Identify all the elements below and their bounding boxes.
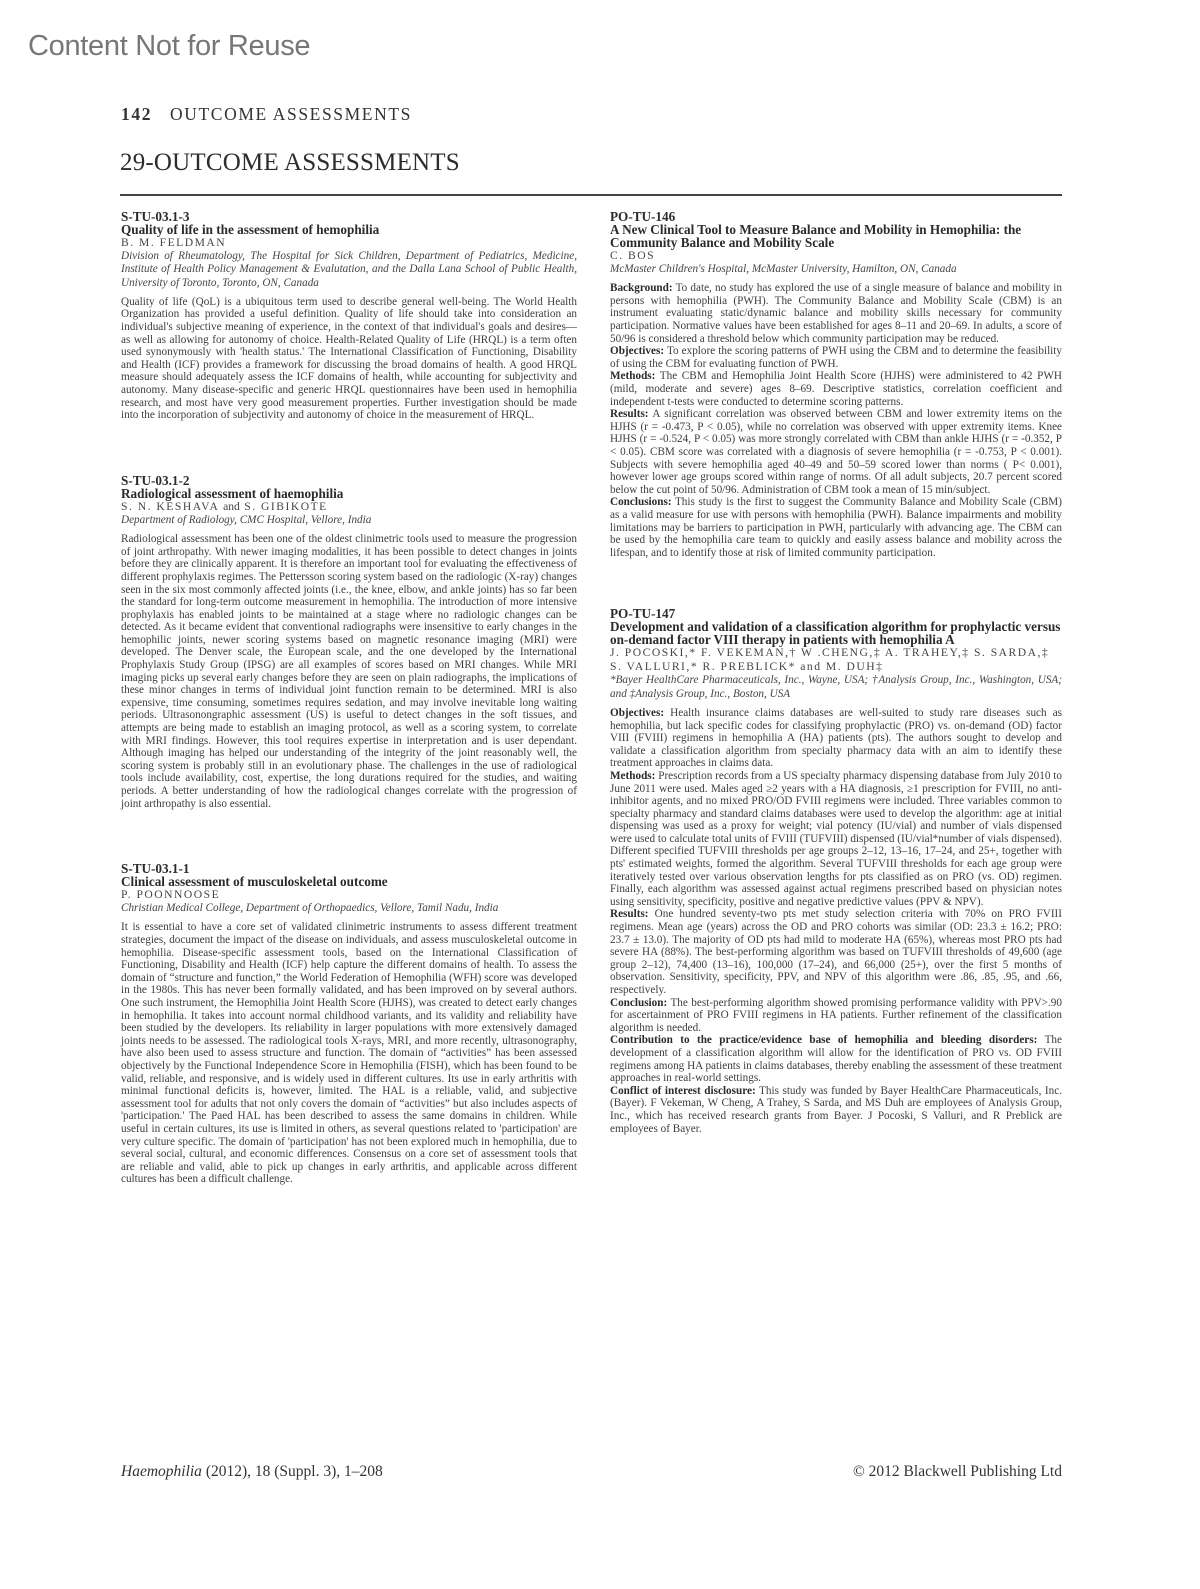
- abstract-authors: P. POONNOOSE: [121, 888, 577, 902]
- section-label: Background:: [610, 282, 673, 294]
- abstract-section-conclusion: Conclusion: The best-performing algorith…: [610, 997, 1062, 1035]
- section-text: One hundred seventy-two pts met study se…: [610, 908, 1062, 996]
- section-title: 29-OUTCOME ASSESSMENTS: [120, 149, 460, 177]
- section-text: The CBM and Hemophilia Joint Health Scor…: [610, 370, 1062, 407]
- section-text: Health insurance claims databases are we…: [610, 707, 1062, 769]
- author-conjunction: and: [223, 500, 240, 513]
- section-text: A significant correlation was observed b…: [610, 408, 1062, 496]
- running-head: 142 OUTCOME ASSESSMENTS: [121, 104, 412, 125]
- abstract-body: Radiological assessment has been one of …: [121, 533, 577, 810]
- abstract-body: It is essential to have a core set of va…: [121, 921, 577, 1185]
- author-name: S. N. KESHAVA: [121, 500, 219, 513]
- author-line: J. POCOSKI,* F. VEKEMAN,† W .CHENG,‡ A. …: [610, 646, 1062, 660]
- abstract-authors: C. BOS: [610, 249, 1062, 263]
- abstract-po-tu-147: PO-TU-147 Development and validation of …: [610, 607, 1062, 1135]
- section-label: Conflict of interest disclosure:: [610, 1085, 756, 1097]
- abstract-s-tu-03-1-1: S-TU-03.1-1 Clinical assessment of muscu…: [121, 862, 577, 1186]
- abstract-authors: B. M. FELDMAN: [121, 236, 577, 250]
- abstract-section-conflict-of-interest: Conflict of interest disclosure: This st…: [610, 1085, 1062, 1135]
- section-text: This study is the first to suggest the C…: [610, 496, 1062, 558]
- abstract-s-tu-03-1-3: S-TU-03.1-3 Quality of life in the asses…: [121, 210, 577, 422]
- abstract-section-objectives: Objectives: Health insurance claims data…: [610, 707, 1062, 770]
- abstract-authors: S. N. KESHAVA and S. GIBIKOTE: [121, 500, 577, 514]
- running-title: OUTCOME ASSESSMENTS: [170, 104, 412, 124]
- right-column: PO-TU-146 A New Clinical Tool to Measure…: [610, 210, 1062, 1135]
- abstract-affiliation: Department of Radiology, CMC Hospital, V…: [121, 514, 577, 527]
- section-label: Conclusions:: [610, 496, 672, 508]
- section-text: The best-performing algorithm showed pro…: [610, 997, 1062, 1034]
- journal-name: Haemophilia: [121, 1463, 202, 1480]
- abstract-affiliation: *Bayer HealthCare Pharmaceuticals, Inc.,…: [610, 674, 1062, 701]
- abstract-section-conclusions: Conclusions: This study is the first to …: [610, 496, 1062, 559]
- section-text: To explore the scoring patterns of PWH u…: [610, 345, 1062, 370]
- abstract-title: Development and validation of a classifi…: [610, 620, 1062, 646]
- abstract-body: Objectives: Health insurance claims data…: [610, 707, 1062, 1135]
- abstract-id: S-TU-03.1-2: [121, 474, 577, 487]
- abstract-section-background: Background: To date, no study has explor…: [610, 282, 1062, 345]
- author-name: S. GIBIKOTE: [244, 500, 327, 513]
- footer-citation: Haemophilia (2012), 18 (Suppl. 3), 1–208: [121, 1463, 383, 1481]
- footer-copyright: © 2012 Blackwell Publishing Ltd: [853, 1463, 1062, 1481]
- section-label: Contribution to the practice/evidence ba…: [610, 1034, 1037, 1046]
- abstract-title: A New Clinical Tool to Measure Balance a…: [610, 223, 1062, 249]
- abstract-section-methods: Methods: The CBM and Hemophilia Joint He…: [610, 370, 1062, 408]
- abstract-body: Background: To date, no study has explor…: [610, 282, 1062, 559]
- abstract-title: Clinical assessment of musculoskeletal o…: [121, 875, 577, 888]
- section-label: Methods:: [610, 370, 655, 382]
- abstract-section-methods: Methods: Prescription records from a US …: [610, 770, 1062, 909]
- abstract-affiliation: Division of Rheumatology, The Hospital f…: [121, 250, 577, 290]
- abstract-po-tu-146: PO-TU-146 A New Clinical Tool to Measure…: [610, 210, 1062, 559]
- abstract-affiliation: McMaster Children's Hospital, McMaster U…: [610, 263, 1062, 276]
- header-rule: [120, 194, 1062, 196]
- abstract-paragraph: It is essential to have a core set of va…: [121, 921, 577, 1185]
- abstract-section-results: Results: A significant correlation was o…: [610, 408, 1062, 496]
- left-column: S-TU-03.1-3 Quality of life in the asses…: [121, 210, 577, 1186]
- section-label: Results:: [610, 908, 649, 920]
- section-text: Prescription records from a US specialty…: [610, 770, 1062, 908]
- section-label: Objectives:: [610, 707, 664, 719]
- abstract-title: Radiological assessment of haemophilia: [121, 487, 577, 500]
- abstract-authors: J. POCOSKI,* F. VEKEMAN,† W .CHENG,‡ A. …: [610, 646, 1062, 674]
- section-label: Results:: [610, 408, 649, 420]
- section-text: To date, no study has explored the use o…: [610, 282, 1062, 344]
- abstract-section-results: Results: One hundred seventy-two pts met…: [610, 908, 1062, 996]
- watermark: Content Not for Reuse: [28, 30, 310, 63]
- abstract-affiliation: Christian Medical College, Department of…: [121, 902, 577, 915]
- author-line: S. VALLURI,* R. PREBLICK* and M. DUH‡: [610, 660, 1062, 674]
- abstract-paragraph: Radiological assessment has been one of …: [121, 533, 577, 810]
- journal-volume: (2012), 18 (Suppl. 3), 1–208: [202, 1463, 383, 1480]
- abstract-title: Quality of life in the assessment of hem…: [121, 223, 577, 236]
- abstract-section-contribution: Contribution to the practice/evidence ba…: [610, 1034, 1062, 1084]
- section-label: Conclusion:: [610, 997, 667, 1009]
- section-label: Methods:: [610, 770, 655, 782]
- abstract-section-objectives: Objectives: To explore the scoring patte…: [610, 345, 1062, 370]
- abstract-s-tu-03-1-2: S-TU-03.1-2 Radiological assessment of h…: [121, 474, 577, 810]
- abstract-paragraph: Quality of life (QoL) is a ubiquitous te…: [121, 296, 577, 422]
- section-label: Objectives:: [610, 345, 664, 357]
- page-number: 142: [121, 104, 152, 124]
- abstract-body: Quality of life (QoL) is a ubiquitous te…: [121, 296, 577, 422]
